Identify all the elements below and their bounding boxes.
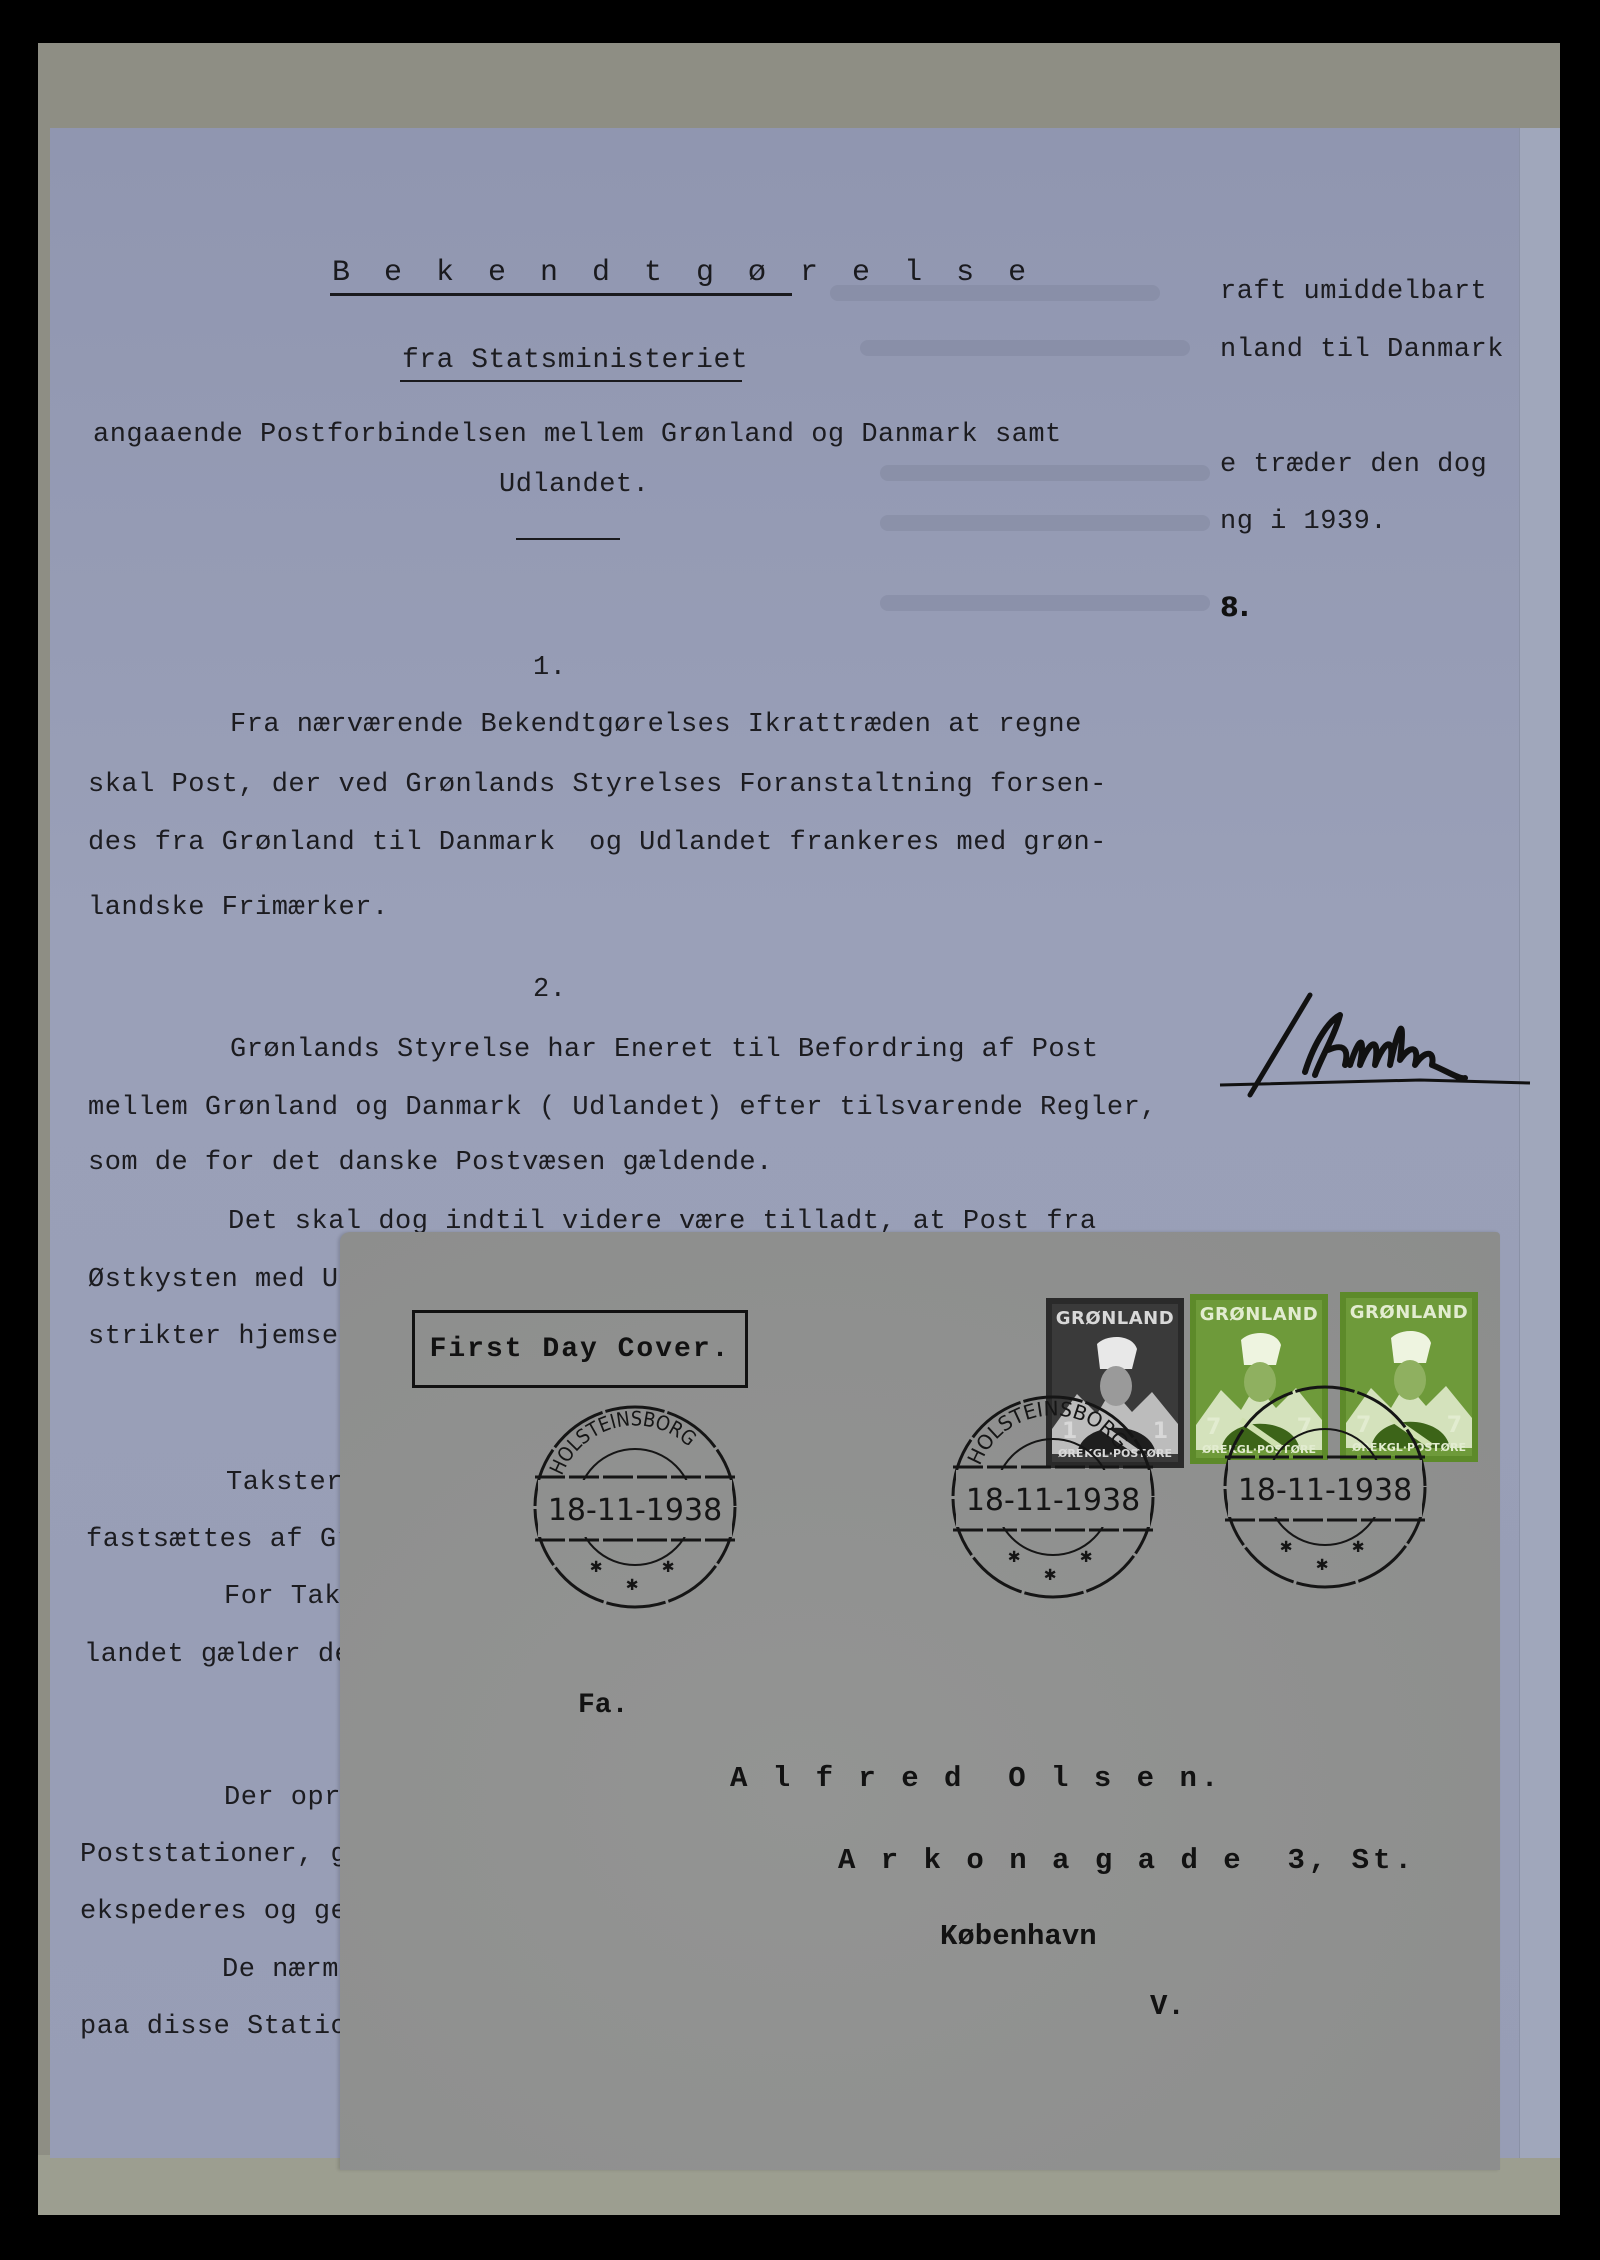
svg-text:18-11-1938: 18-11-1938 xyxy=(548,1493,722,1528)
svg-text:✱: ✱ xyxy=(662,1556,674,1579)
svg-text:✱: ✱ xyxy=(1316,1554,1328,1577)
right-column-line: nland til Danmark xyxy=(1220,335,1504,365)
partial-line: De nærm xyxy=(222,1955,339,1985)
partial-line: ekspederes og ge xyxy=(80,1897,347,1927)
svg-text:✱: ✱ xyxy=(1352,1536,1364,1559)
signature-icon xyxy=(1210,990,1550,1140)
svg-text:✱: ✱ xyxy=(626,1574,638,1597)
partial-line: For Tak xyxy=(224,1582,341,1612)
section-line: landske Frimærker. xyxy=(88,893,389,923)
bleed-through-text xyxy=(880,515,1210,531)
section-line: skal Post, der ved Grønlands Styrelses F… xyxy=(88,770,1107,800)
right-column-line: raft umiddelbart xyxy=(1220,277,1487,307)
right-column-line: e træder den dog xyxy=(1220,450,1487,480)
address-street: A r k o n a g a d e 3, St. xyxy=(838,1844,1416,1877)
postmark-icon: HOLSTEINSBORG 18-11-1938 ✱ ✱ ✱ xyxy=(530,1402,740,1612)
first-day-cover: First Day Cover. GRØNLAND 1 1 ØRE KGL·PO… xyxy=(340,1232,1500,2170)
section-line: Østkysten med Un xyxy=(88,1265,355,1295)
document-subtitle: fra Statsministeriet xyxy=(402,345,748,376)
section-line: Grønlands Styrelse har Eneret til Beford… xyxy=(230,1035,1099,1065)
bleed-through-text xyxy=(880,595,1210,611)
partial-line: landet gælder de xyxy=(84,1640,351,1670)
partial-line: Der opr xyxy=(224,1783,341,1813)
partial-line: fastsættes af Gr xyxy=(86,1525,353,1555)
section-number: 2. xyxy=(533,975,566,1005)
title-underline xyxy=(330,293,792,296)
address-name: A l f r e d O l s e n. xyxy=(730,1762,1222,1795)
section-line: strikter hjemsen xyxy=(88,1322,355,1352)
partial-line: paa disse Statio xyxy=(80,2012,347,2042)
svg-text:HOLSTEINSBORG: HOLSTEINSBORG xyxy=(962,1396,1133,1468)
section-line: mellem Grønland og Danmark ( Udlandet) e… xyxy=(88,1093,1157,1123)
right-column-line: 8. xyxy=(1220,592,1250,623)
stamp-country: GRØNLAND xyxy=(1052,1308,1178,1329)
subtitle-underline xyxy=(400,380,742,382)
stamp-currency: ØRE xyxy=(1441,1441,1466,1454)
first-day-cover-label: First Day Cover. xyxy=(412,1310,748,1388)
address-district: V. xyxy=(1150,1990,1185,2023)
separator-rule xyxy=(516,538,620,540)
postmark-icon: HOLSTEINSBORG 18-11-1938 ✱ ✱ ✱ xyxy=(948,1392,1158,1602)
subject-line-2: Udlandet. xyxy=(499,470,649,500)
stamp-value: 7 xyxy=(1447,1413,1462,1438)
address-city: København xyxy=(940,1920,1097,1953)
svg-text:18-11-1938: 18-11-1938 xyxy=(966,1483,1140,1518)
stamp-country: GRØNLAND xyxy=(1196,1304,1322,1325)
section-line: des fra Grønland til Danmark og Udlandet… xyxy=(88,828,1107,858)
subject-line-1: angaaende Postforbindelsen mellem Grønla… xyxy=(93,420,1062,450)
bleed-through-text xyxy=(880,465,1210,481)
svg-text:✱: ✱ xyxy=(1044,1564,1056,1587)
svg-text:18-11-1938: 18-11-1938 xyxy=(1238,1473,1412,1508)
address-prefix: Fa. xyxy=(578,1690,628,1721)
svg-text:✱: ✱ xyxy=(1080,1546,1092,1569)
bleed-through-text xyxy=(830,285,1160,301)
right-column-line: ng i 1939. xyxy=(1220,507,1387,537)
bleed-through-text xyxy=(860,340,1190,356)
page-edge-strip xyxy=(1519,128,1560,2158)
svg-text:✱: ✱ xyxy=(590,1556,602,1579)
section-number: 1. xyxy=(533,653,566,683)
partial-line: Poststationer, g xyxy=(80,1840,347,1870)
partial-line: Takster xyxy=(226,1468,343,1498)
stamp-country: GRØNLAND xyxy=(1346,1302,1472,1323)
svg-text:✱: ✱ xyxy=(1008,1546,1020,1569)
section-line: Fra nærværende Bekendtgørelses Ikrattræd… xyxy=(230,710,1082,740)
svg-text:✱: ✱ xyxy=(1280,1536,1292,1559)
postmark-icon: 18-11-1938 ✱ ✱ ✱ xyxy=(1220,1382,1430,1592)
section-line: som de for det danske Postvæsen gældende… xyxy=(88,1148,773,1178)
